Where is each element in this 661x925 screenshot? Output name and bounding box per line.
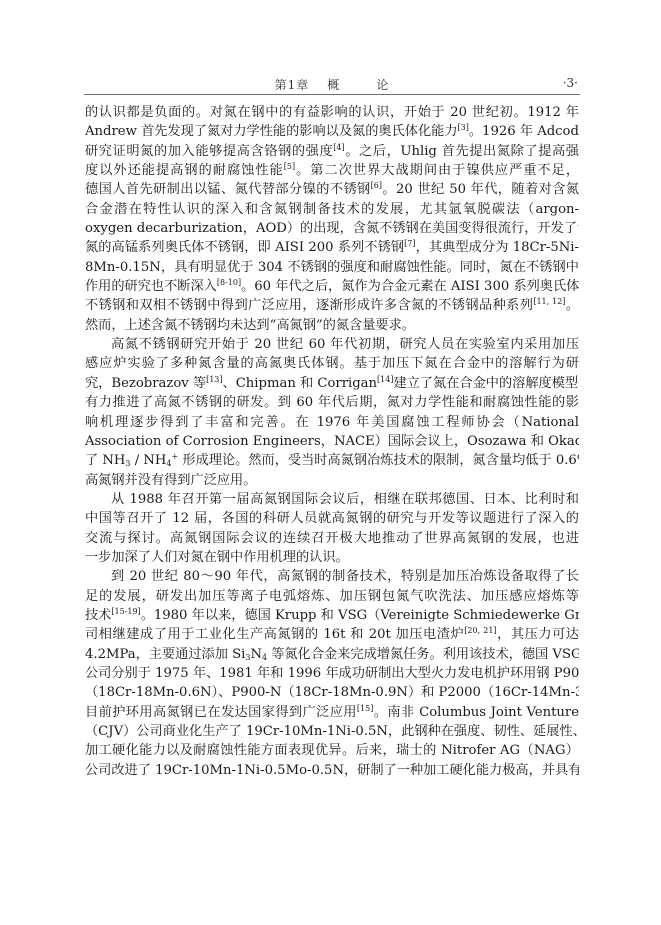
text-line: 4.2MPa，主要通过添加 Si3N4 等氮化合金来完成增氮任务。利用该技术，德… — [85, 645, 579, 664]
text-segment: 氮的高锰系列奥氏体不锈钢，即 AISI 200 系列不锈钢 — [85, 240, 404, 255]
text-segment: 高氮钢并没有得到广泛应用。 — [85, 473, 256, 488]
text-segment: 、Chipman 和 Corrigan — [223, 376, 378, 391]
chapter-title: 第1章概论 — [84, 76, 580, 93]
citation-reference: [4] — [333, 143, 344, 152]
text-segment: 研究证明氮的加入能够提高含铬钢的强度 — [85, 144, 333, 159]
text-segment: ，其压力可达 — [497, 627, 579, 642]
text-line: 技术[15-19]。1980 年以来，德国 Krupp 和 VSG（Verein… — [85, 606, 579, 625]
citation-reference: [8-10] — [217, 278, 241, 287]
text-segment: 。1980 年以来，德国 Krupp 和 VSG（Vereinigte Schm… — [141, 608, 579, 623]
text-segment: 。1926 年 Adcodk — [469, 124, 579, 139]
text-segment: 公司改进了 19Cr-10Mn-1Ni-0.5Mo-0.5N，研制了一种加工硬化… — [85, 763, 579, 778]
text-segment: 高氮不锈钢研究开始于 20 世纪 60 年代初期，研究人员在实验室内采用加压 — [111, 337, 579, 352]
text-line: 了 NH3 / NH4+ 形成理论。然而，受当时高氮钢冶炼技术的限制，氮含量均低… — [85, 451, 579, 470]
text-line: 足的发展，研发出加压等离子电弧熔炼、加压钢包氮气吹洗法、加压感应熔炼等 — [85, 587, 579, 606]
citation-reference: [5] — [284, 162, 295, 171]
text-segment: 不锈钢和双相不锈钢中得到广泛应用，逐渐形成许多含氮的不锈钢品种系列 — [85, 298, 533, 313]
text-segment: 从 1988 年召开第一届高氮钢国际会议后，相继在联邦德国、日本、比利时和 — [111, 492, 579, 507]
citation-reference: [15-19] — [111, 607, 140, 616]
citation-reference: [7] — [404, 239, 415, 248]
text-segment: 。南非 Columbus Joint Venture — [373, 705, 579, 720]
text-line: 公司分别于 1975 年、1981 年和 1996 年成功研制出大型火力发电机护… — [85, 664, 579, 683]
text-line: 司相继建成了用于工业化生产高氮钢的 16t 和 20t 加压电渣炉[20, 21… — [85, 625, 579, 644]
text-segment: oxygen decarburization，AOD）的出现，含氮不锈钢在美国变… — [85, 221, 579, 236]
text-line: 究，Bezobrazov 等[13]、Chipman 和 Corrigan[14… — [85, 374, 579, 393]
text-segment: 。60 年代之后，氮作为合金元素在 AISI 300 系列奥氏体 — [241, 279, 579, 294]
text-segment: 技术 — [85, 608, 111, 623]
text-segment: 响机理逐步得到了丰富和完善。在 1976 年美国腐蚀工程师协会（National — [85, 415, 579, 430]
text-line: 度以外还能提高钢的耐腐蚀性能[5]。第二次世界大战期间由于镍供应严重不足， — [85, 161, 579, 180]
text-segment: 足的发展，研发出加压等离子电弧熔炼、加压钢包氮气吹洗法、加压感应熔炼等 — [85, 589, 579, 604]
text-line: 从 1988 年召开第一届高氮钢国际会议后，相继在联邦德国、日本、比利时和 — [85, 490, 579, 509]
body-text: 的认识都是负面的。对氮在钢中的有益影响的认识，开始于 20 世纪初。1912 年… — [85, 103, 579, 780]
text-segment: 中国等召开了 12 届，各国的科研人员就高氮钢的研究与开发等议题进行了深入的 — [85, 511, 579, 526]
text-line: Andrew 首先发现了氮对力学性能的影响以及氮的奥氏体化能力[3]。1926 … — [85, 122, 579, 141]
text-segment: 。 — [565, 298, 579, 313]
text-segment: N — [250, 647, 262, 662]
text-segment: 等氮化合金来完成增氮任务。利用该技术，德国 VSG — [267, 647, 579, 662]
text-segment: / NH — [131, 453, 167, 468]
text-line: 8Mn-0.15N，具有明显优于 304 不锈钢的强度和耐腐蚀性能。同时，氮在不… — [85, 258, 579, 277]
text-line: 高氮钢并没有得到广泛应用。 — [85, 471, 579, 490]
text-segment: 了 NH — [85, 453, 125, 468]
text-line: Association of Corrosion Engineers，NACE）… — [85, 432, 579, 451]
text-segment: 交流与探讨。高氮钢国际会议的连续召开极大地推动了世界高氮钢的发展，也进 — [85, 531, 579, 546]
text-segment: 。20 世纪 50 年代，随着对含氮 — [382, 182, 579, 197]
citation-reference: [11, 12] — [533, 297, 565, 306]
text-segment: 形成理论。然而，受当时高氮钢冶炼技术的限制，氮含量均低于 0.6%， — [178, 453, 579, 468]
text-line: （CJV）公司商业化生产了 19Cr-10Mn-1Ni-0.5N，此钢种在强度、… — [85, 722, 579, 741]
text-segment: 。之后，Uhlig 首先提出氮除了提高强 — [345, 144, 579, 159]
text-line: （18Cr-18Mn-0.6N）、P900-N（18Cr-18Mn-0.9N）和… — [85, 683, 579, 702]
chapter-title-char-1: 概 — [327, 78, 340, 92]
text-segment: 的认识都是负面的。对氮在钢中的有益影响的认识，开始于 20 世纪初。1912 年 — [85, 105, 579, 120]
citation-reference: [20, 21] — [464, 626, 496, 635]
text-segment: Association of Corrosion Engineers，NACE）… — [85, 434, 579, 449]
text-line: 合金潜在特性认识的深入和含氮钢制备技术的发展，尤其氩氧脱碳法（argon- — [85, 200, 579, 219]
text-segment: Andrew 首先发现了氮对力学性能的影响以及氮的奥氏体化能力 — [85, 124, 458, 139]
citation-reference: [3] — [458, 123, 469, 132]
citation-reference: [14] — [377, 375, 393, 384]
text-line: 有力推进了高氮不锈钢的研发。到 60 年代后期，氮对力学性能和耐腐蚀性能的影 — [85, 393, 579, 412]
citation-reference: [15] — [357, 704, 373, 713]
text-line: 交流与探讨。高氮钢国际会议的连续召开极大地推动了世界高氮钢的发展，也进 — [85, 529, 579, 548]
text-line: 然而，上述含氮不锈钢均未达到“高氮钢”的氮含量要求。 — [85, 316, 579, 335]
text-segment: 感应炉实验了多种氮含量的高氮奥氏体钢。基于加压下氮在合金中的溶解行为研 — [85, 356, 579, 371]
text-segment: 。第二次世界大战期间由于镍供应严重不足， — [295, 163, 579, 178]
text-segment: 作用的研究也不断深入 — [85, 279, 217, 294]
text-segment: 目前护环用高氮钢已在发达国家得到广泛应用 — [85, 705, 357, 720]
text-line: oxygen decarburization，AOD）的出现，含氮不锈钢在美国变… — [85, 219, 579, 238]
citation-reference: [13] — [206, 375, 222, 384]
text-line: 感应炉实验了多种氮含量的高氮奥氏体钢。基于加压下氮在合金中的溶解行为研 — [85, 354, 579, 373]
text-line: 公司改进了 19Cr-10Mn-1Ni-0.5Mo-0.5N，研制了一种加工硬化… — [85, 761, 579, 780]
text-segment: 度以外还能提高钢的耐腐蚀性能 — [85, 163, 284, 178]
text-segment: 然而，上述含氮不锈钢均未达到“高氮钢”的氮含量要求。 — [85, 318, 415, 333]
chapter-number: 第1章 — [275, 78, 310, 92]
text-segment: 8Mn-0.15N，具有明显优于 304 不锈钢的强度和耐腐蚀性能。同时，氮在不… — [85, 260, 579, 275]
text-segment: 有力推进了高氮不锈钢的研发。到 60 年代后期，氮对力学性能和耐腐蚀性能的影 — [85, 395, 579, 410]
text-line: 的认识都是负面的。对氮在钢中的有益影响的认识，开始于 20 世纪初。1912 年 — [85, 103, 579, 122]
text-line: 中国等召开了 12 届，各国的科研人员就高氮钢的研究与开发等议题进行了深入的 — [85, 509, 579, 528]
chapter-title-char-2: 论 — [376, 78, 389, 92]
text-segment: 究，Bezobrazov 等 — [85, 376, 206, 391]
text-segment: 一步加深了人们对氮在钢中作用机理的认识。 — [85, 550, 349, 565]
text-segment: （18Cr-18Mn-0.6N）、P900-N（18Cr-18Mn-0.9N）和… — [85, 685, 579, 700]
text-segment: 建立了氮在合金中的溶解度模型， — [393, 376, 579, 391]
text-segment: 合金潜在特性认识的深入和含氮钢制备技术的发展，尤其氩氧脱碳法（argon- — [85, 202, 579, 217]
text-line: 氮的高锰系列奥氏体不锈钢，即 AISI 200 系列不锈钢[7]，其典型成分为 … — [85, 238, 579, 257]
text-segment: 司相继建成了用于工业化生产高氮钢的 16t 和 20t 加压电渣炉 — [85, 627, 464, 642]
text-segment: 4.2MPa，主要通过添加 Si — [85, 647, 245, 662]
text-line: 目前护环用高氮钢已在发达国家得到广泛应用[15]。南非 Columbus Joi… — [85, 703, 579, 722]
text-line: 加工硬化能力以及耐腐蚀性能方面表现优异。后来，瑞士的 Nitrofer AG（N… — [85, 741, 579, 760]
text-line: 高氮不锈钢研究开始于 20 世纪 60 年代初期，研究人员在实验室内采用加压 — [85, 335, 579, 354]
text-segment: 公司分别于 1975 年、1981 年和 1996 年成功研制出大型火力发电机护… — [85, 666, 579, 681]
text-line: 响机理逐步得到了丰富和完善。在 1976 年美国腐蚀工程师协会（National — [85, 413, 579, 432]
text-segment: ，其典型成分为 18Cr-5Ni- — [415, 240, 579, 255]
running-header: 第1章概论 ·3· — [84, 74, 580, 95]
text-line: 研究证明氮的加入能够提高含铬钢的强度[4]。之后，Uhlig 首先提出氮除了提高… — [85, 142, 579, 161]
text-line: 作用的研究也不断深入[8-10]。60 年代之后，氮作为合金元素在 AISI 3… — [85, 277, 579, 296]
text-line: 德国人首先研制出以锰、氮代替部分镍的不锈钢[6]。20 世纪 50 年代，随着对… — [85, 180, 579, 199]
text-segment: （CJV）公司商业化生产了 19Cr-10Mn-1Ni-0.5N，此钢种在强度、… — [85, 724, 579, 739]
text-line: 一步加深了人们对氮在钢中作用机理的认识。 — [85, 548, 579, 567]
text-segment: 到 20 世纪 80～90 年代，高氮钢的制备技术，特别是加压冶炼设备取得了长 — [111, 569, 579, 584]
text-line: 不锈钢和双相不锈钢中得到广泛应用，逐渐形成许多含氮的不锈钢品种系列[11, 12… — [85, 296, 579, 315]
text-line: 到 20 世纪 80～90 年代，高氮钢的制备技术，特别是加压冶炼设备取得了长 — [85, 567, 579, 586]
text-segment: 加工硬化能力以及耐腐蚀性能方面表现优异。后来，瑞士的 Nitrofer AG（N… — [85, 743, 579, 758]
page-number: ·3· — [563, 76, 578, 90]
citation-reference: [6] — [371, 181, 382, 190]
text-segment: 德国人首先研制出以锰、氮代替部分镍的不锈钢 — [85, 182, 371, 197]
